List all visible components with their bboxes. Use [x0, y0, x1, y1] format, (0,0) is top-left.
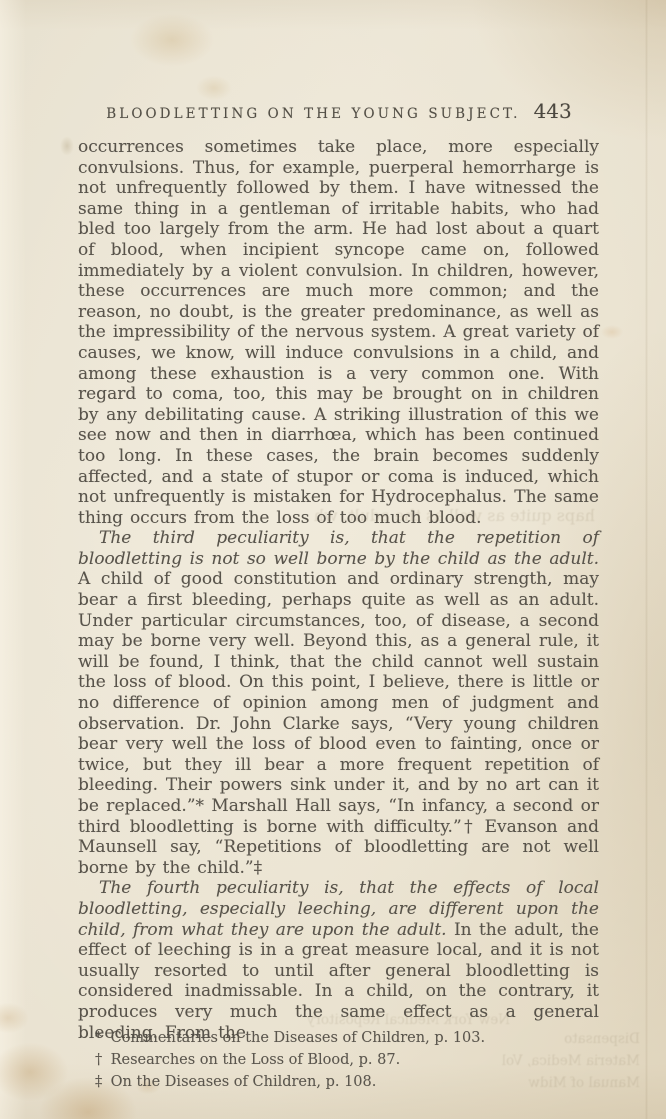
- page-body: occurrences sometimes take place, more e…: [78, 137, 599, 1043]
- italic-text: The third peculiarity is, that the repet…: [78, 528, 599, 569]
- paragraph: occurrences sometimes take place, more e…: [78, 137, 599, 528]
- body-text: A child of good constitution and ordinar…: [78, 569, 599, 877]
- footnote: * Commentaries on the Diseases of Childr…: [95, 1028, 585, 1050]
- footnote: † Researches on the Loss of Blood, p. 87…: [95, 1050, 585, 1072]
- paragraph: The third peculiarity is, that the repet…: [78, 528, 599, 878]
- footnotes: * Commentaries on the Diseases of Childr…: [95, 1028, 585, 1093]
- body-text: occurrences sometimes take place, more e…: [78, 137, 599, 528]
- page-crease: [645, 0, 648, 1119]
- footnote-text: Researches on the Loss of Blood, p. 87.: [106, 1052, 400, 1068]
- footnote: ‡ On the Diseases of Children, p. 108.: [95, 1072, 585, 1094]
- footnote-symbol: †: [95, 1050, 106, 1072]
- footnote-symbol: ‡: [95, 1072, 106, 1094]
- footnote-symbol: *: [95, 1028, 106, 1050]
- book-page: BLOODLETTING ON THE YOUNG SUBJECT. 443 o…: [0, 0, 666, 1119]
- header-title: BLOODLETTING ON THE YOUNG SUBJECT.: [106, 106, 520, 122]
- footnote-text: Commentaries on the Diseases of Children…: [106, 1030, 485, 1046]
- paragraph: The fourth peculiarity is, that the effe…: [78, 878, 599, 1043]
- page-number: 443: [534, 99, 572, 123]
- footnote-text: On the Diseases of Children, p. 108.: [106, 1074, 376, 1090]
- running-header: BLOODLETTING ON THE YOUNG SUBJECT. 443: [78, 99, 600, 123]
